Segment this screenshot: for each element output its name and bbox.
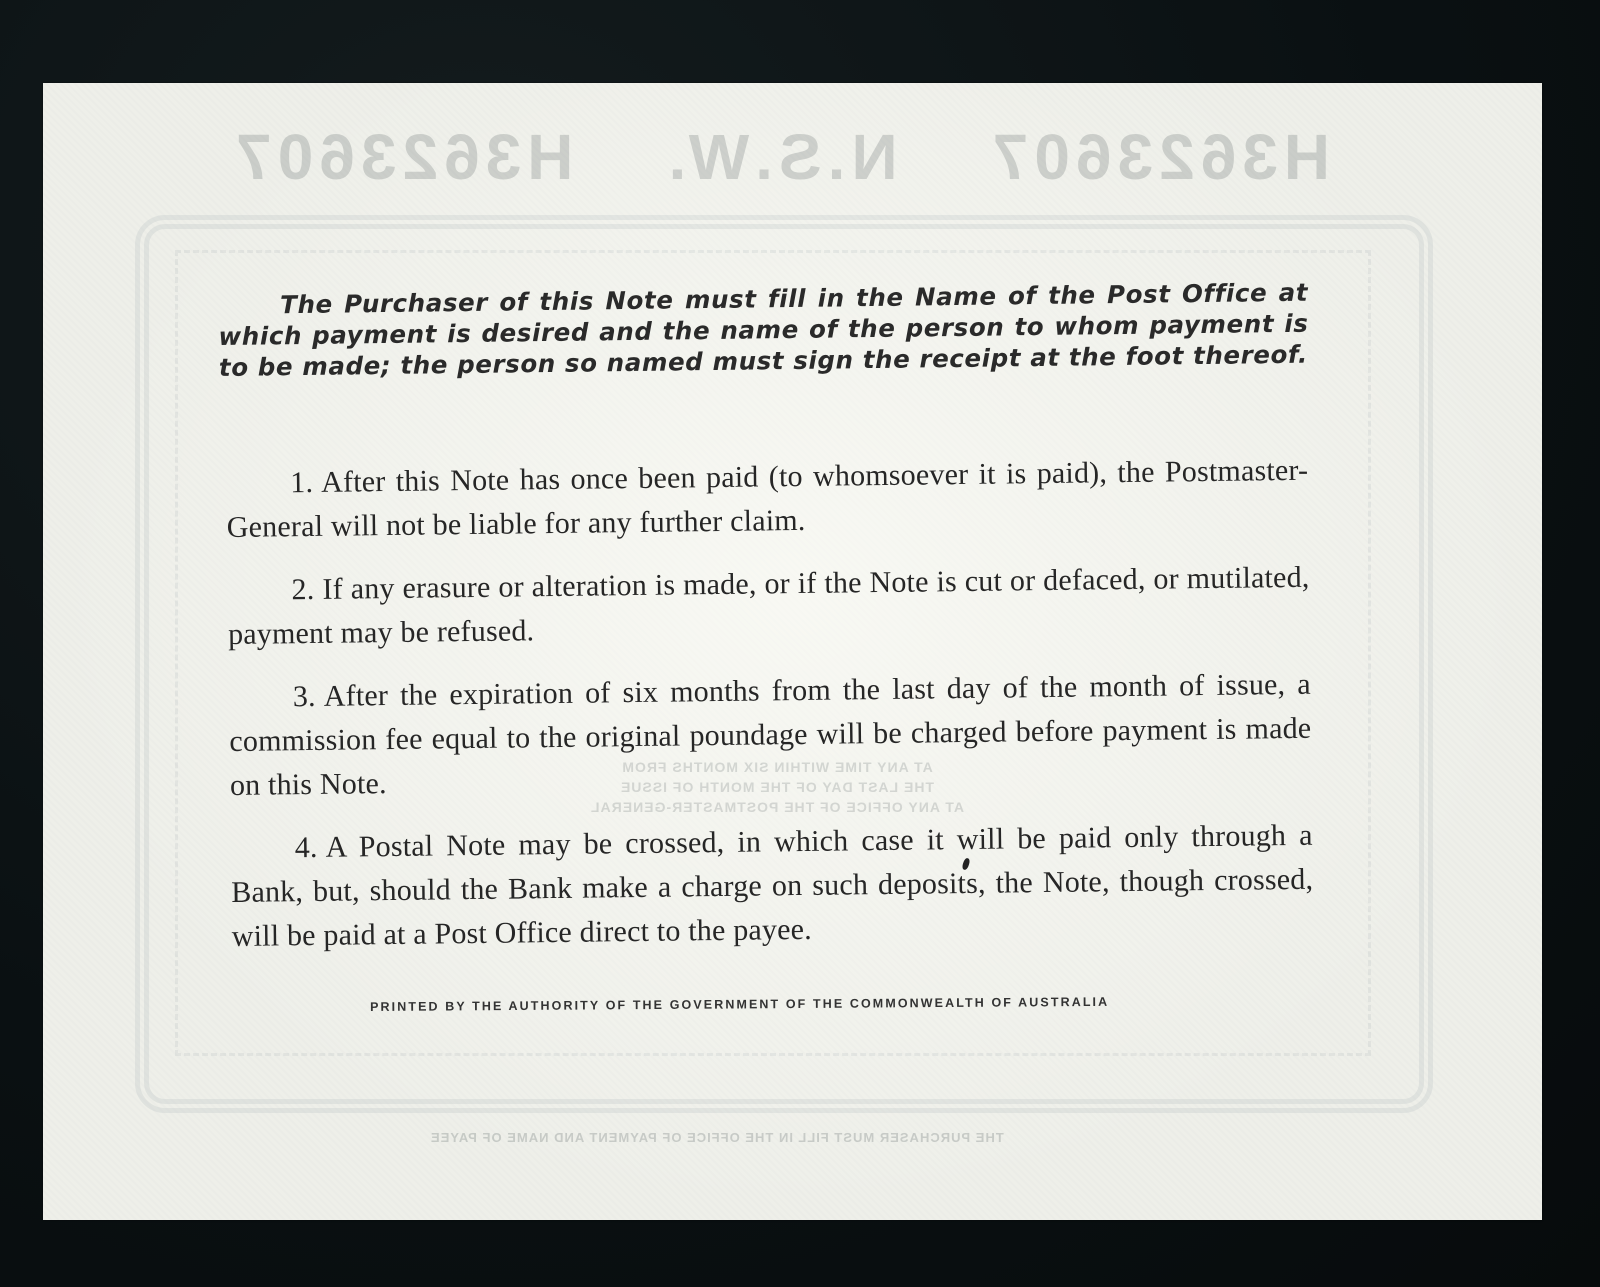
- conditions-list: 1.After this Note has once been paid (to…: [226, 449, 1314, 978]
- serial-number-left: H3623607: [987, 120, 1330, 194]
- clause-text: A Postal Note may be crossed, in which c…: [231, 819, 1313, 953]
- show-through-serials: H3623607 N.S.W. H3623607: [230, 120, 1330, 194]
- condition-clause: 1.After this Note has once been paid (to…: [226, 449, 1309, 550]
- condition-clause: 4.A Postal Note may be crossed, in which…: [230, 814, 1314, 959]
- clause-number: 3.: [293, 680, 316, 713]
- condition-clause: 2.If any erasure or alteration is made, …: [227, 556, 1310, 657]
- clause-number: 1.: [290, 466, 313, 499]
- clause-text: If any erasure or alteration is made, or…: [228, 561, 1310, 651]
- show-through-bottom-text: THE PURCHASER MUST FILL IN THE OFFICE OF…: [430, 1130, 1004, 1145]
- state-abbreviation: N.S.W.: [662, 120, 897, 194]
- clause-text: After this Note has once been paid (to w…: [227, 454, 1309, 544]
- clause-text: After the expiration of six months from …: [229, 668, 1311, 802]
- serial-number-right: H3623607: [230, 120, 573, 194]
- purchaser-instructions-heading: The Purchaser of this Note must fill in …: [218, 277, 1309, 383]
- clause-number: 2.: [291, 573, 314, 606]
- condition-clause: 3.After the expiration of six months fro…: [229, 663, 1313, 808]
- clause-number: 4.: [295, 831, 318, 864]
